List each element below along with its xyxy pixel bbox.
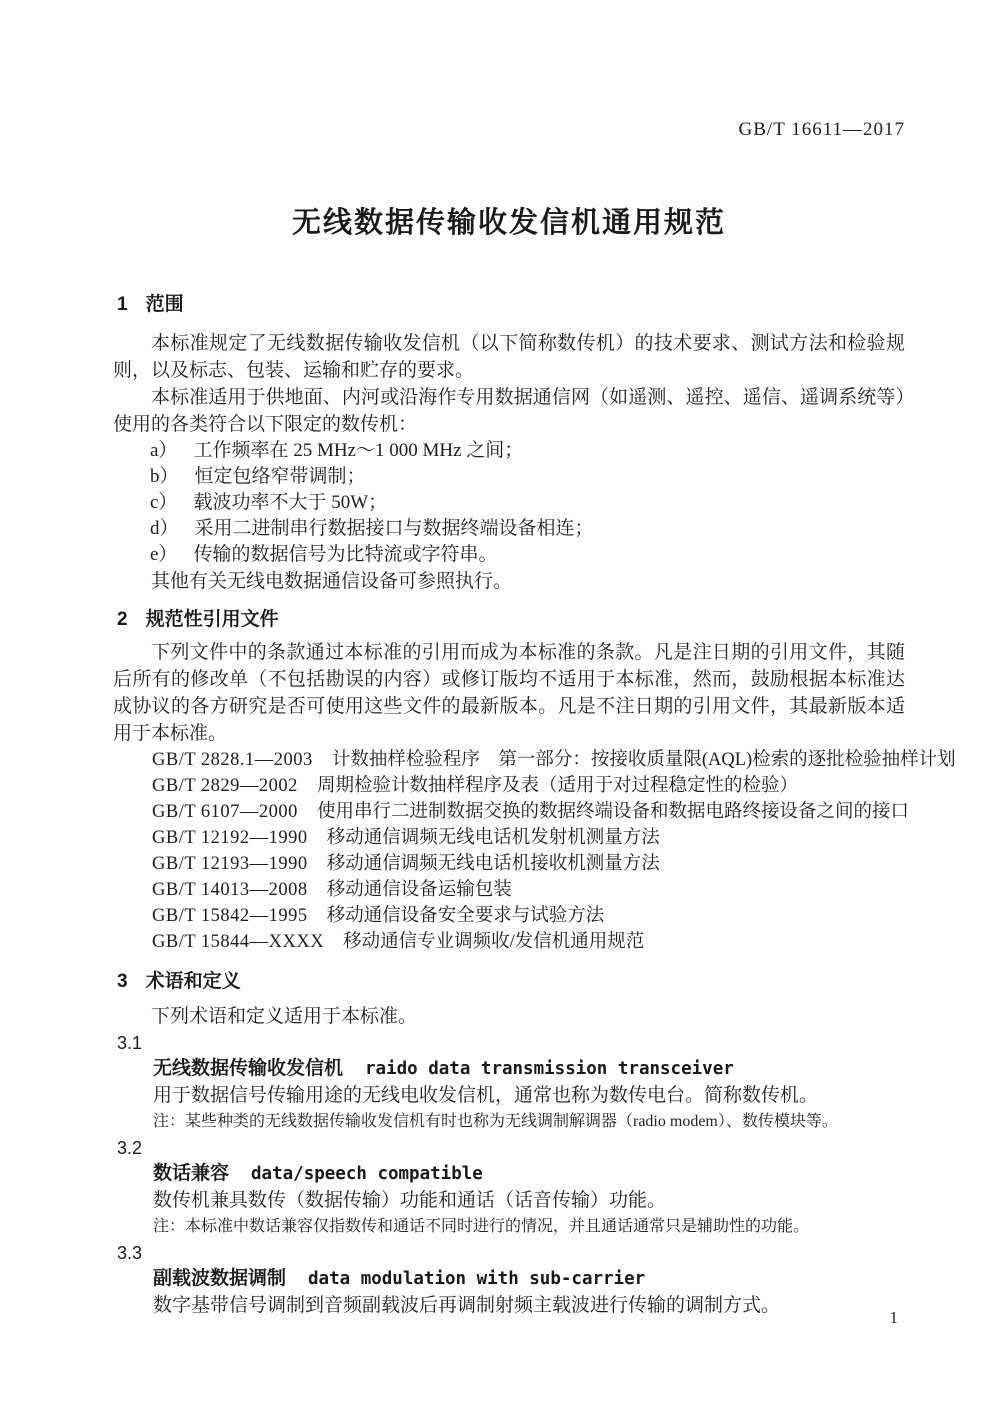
definition-body: 数字基带信号调制到音频副载波后再调制射频主载波进行传输的调制方式。 (113, 1293, 905, 1319)
document-title: 无线数据传输收发信机通用规范 (113, 206, 905, 240)
reference-name: 移动通信调频无线电话机接收机测量方法 (327, 854, 660, 874)
term-english: data/speech compatible (251, 1164, 483, 1184)
section-number: 2 (117, 609, 128, 630)
scope-paragraph-2: 本标准适用于供地面、内河或沿海作专用数据通信网（如遥测、遥控、遥信、遥调系统等）… (113, 384, 905, 438)
term-definition-3-3: 3.3 副载波数据调制data modulation with sub-carr… (113, 1240, 905, 1319)
section-normative-references: 2规范性引用文件 下列文件中的条款通过本标准的引用而成为本标准的条款。凡是注日期… (113, 607, 905, 955)
list-item-text: 载波功率不大于 50W； (193, 492, 387, 513)
definition-number: 3.2 (113, 1135, 905, 1161)
definition-number: 3.1 (113, 1030, 905, 1056)
reference-entry: GB/T 2829—2002周期检验计数抽样程序及表（适用于对过程稳定性的检验） (113, 773, 905, 799)
list-item: a）工作频率在 25 MHz～1 000 MHz 之间； (113, 438, 905, 464)
list-item-label: d） (150, 518, 179, 539)
reference-name: 移动通信专业调频收/发信机通用规范 (343, 932, 644, 952)
reference-entry: GB/T 6107—2000使用串行二进制数据交换的数据终端设备和数据电路终接设… (113, 799, 905, 825)
page-content: GB/T 16611—2017 无线数据传输收发信机通用规范 1范围 本标准规定… (113, 0, 905, 1319)
definition-note: 注：本标准中数话兼容仅指数传和通话不同时进行的情况，并且通话通常只是辅助性的功能… (113, 1214, 905, 1240)
definition-term: 副载波数据调制data modulation with sub-carrier (113, 1266, 905, 1293)
reference-name: 移动通信设备运输包装 (327, 880, 512, 900)
list-item-text: 采用二进制串行数据接口与数据终端设备相连； (195, 518, 594, 539)
reference-list: GB/T 2828.1—2003计数抽样检验程序 第一部分：按接收质量限(AQL… (113, 747, 905, 955)
definition-term: 无线数据传输收发信机raido data transmission transc… (113, 1056, 905, 1083)
standard-code: GB/T 16611—2017 (113, 0, 905, 142)
term-chinese: 数话兼容 (153, 1163, 229, 1184)
section-terms-definitions: 3术语和定义 下列术语和定义适用于本标准。 3.1 无线数据传输收发信机raid… (113, 969, 905, 1319)
page-number: 1 (890, 1308, 899, 1328)
scope-closing-note: 其他有关无线电数据通信设备可参照执行。 (113, 568, 905, 595)
term-definition-3-1: 3.1 无线数据传输收发信机raido data transmission tr… (113, 1030, 905, 1135)
section-terms-heading: 3术语和定义 (113, 969, 905, 995)
definition-note: 注：某些种类的无线数据传输收发信机有时也称为无线调制解调器（radio mode… (113, 1109, 905, 1135)
section-title: 术语和定义 (146, 971, 241, 992)
reference-code: GB/T 12192—1990 (152, 828, 308, 848)
terms-intro: 下列术语和定义适用于本标准。 (113, 1004, 905, 1030)
reference-entry: GB/T 12192—1990移动通信调频无线电话机发射机测量方法 (113, 825, 905, 851)
definition-number: 3.3 (113, 1240, 905, 1266)
term-definition-3-2: 3.2 数话兼容data/speech compatible 数传机兼具数传（数… (113, 1135, 905, 1240)
reference-name: 移动通信调频无线电话机发射机测量方法 (327, 828, 660, 848)
list-item-text: 传输的数据信号为比特流或字符串。 (193, 544, 497, 565)
document-page: GB/T 16611—2017 无线数据传输收发信机通用规范 1范围 本标准规定… (0, 0, 992, 1402)
term-chinese: 无线数据传输收发信机 (153, 1058, 343, 1079)
list-item: b）恒定包络窄带调制； (113, 464, 905, 490)
reference-entry: GB/T 14013—2008移动通信设备运输包装 (113, 877, 905, 903)
reference-code: GB/T 6107—2000 (152, 802, 298, 822)
scope-paragraph-1: 本标准规定了无线数据传输收发信机（以下简称数传机）的技术要求、测试方法和检验规则… (113, 330, 905, 384)
reference-code: GB/T 12193—1990 (152, 854, 308, 874)
definition-body: 用于数据信号传输用途的无线电收发信机，通常也称为数传电台。简称数传机。 (113, 1083, 905, 1109)
reference-name: 周期检验计数抽样程序及表（适用于对过程稳定性的检验） (317, 776, 798, 796)
reference-code: GB/T 14013—2008 (152, 880, 308, 900)
list-item-label: c） (150, 492, 177, 513)
reference-name: 使用串行二进制数据交换的数据终端设备和数据电路终接设备之间的接口 (317, 802, 909, 822)
definition-body: 数传机兼具数传（数据传输）功能和通话（话音传输）功能。 (113, 1188, 905, 1214)
section-title: 范围 (146, 294, 184, 315)
reference-code: GB/T 15842—1995 (152, 906, 308, 926)
reference-entry: GB/T 12193—1990移动通信调频无线电话机接收机测量方法 (113, 851, 905, 877)
reference-entry: GB/T 15842—1995移动通信设备安全要求与试验方法 (113, 903, 905, 929)
reference-entry: GB/T 15844—XXXX移动通信专业调频收/发信机通用规范 (113, 929, 905, 955)
list-item: c）载波功率不大于 50W； (113, 490, 905, 516)
section-refs-heading: 2规范性引用文件 (113, 607, 905, 633)
section-scope-heading: 1范围 (113, 292, 905, 318)
reference-name: 计数抽样检验程序 第一部分：按接收质量限(AQL)检索的逐批检验抽样计划 (332, 750, 956, 770)
list-item-label: e） (150, 544, 177, 565)
scope-limits-list: a）工作频率在 25 MHz～1 000 MHz 之间； b）恒定包络窄带调制；… (113, 438, 905, 568)
reference-code: GB/T 2828.1—2003 (152, 750, 313, 770)
term-english: data modulation with sub-carrier (308, 1269, 645, 1289)
reference-entry: GB/T 2828.1—2003计数抽样检验程序 第一部分：按接收质量限(AQL… (113, 747, 905, 773)
section-title: 规范性引用文件 (146, 609, 279, 630)
term-english: raido data transmission transceiver (365, 1059, 734, 1079)
refs-intro-paragraph: 下列文件中的条款通过本标准的引用而成为本标准的条款。凡是注日期的引用文件，其随后… (113, 639, 905, 747)
section-number: 1 (117, 294, 128, 315)
list-item: d）采用二进制串行数据接口与数据终端设备相连； (113, 516, 905, 542)
reference-name: 移动通信设备安全要求与试验方法 (327, 906, 605, 926)
term-chinese: 副载波数据调制 (153, 1268, 286, 1289)
reference-code: GB/T 2829—2002 (152, 776, 298, 796)
list-item-label: b） (150, 466, 179, 487)
definition-term: 数话兼容data/speech compatible (113, 1161, 905, 1188)
list-item-text: 工作频率在 25 MHz～1 000 MHz 之间； (193, 440, 523, 461)
section-scope: 1范围 本标准规定了无线数据传输收发信机（以下简称数传机）的技术要求、测试方法和… (113, 292, 905, 595)
list-item-text: 恒定包络窄带调制； (195, 466, 366, 487)
reference-code: GB/T 15844—XXXX (152, 932, 324, 952)
section-number: 3 (117, 971, 128, 992)
list-item: e）传输的数据信号为比特流或字符串。 (113, 542, 905, 568)
list-item-label: a） (150, 440, 177, 461)
